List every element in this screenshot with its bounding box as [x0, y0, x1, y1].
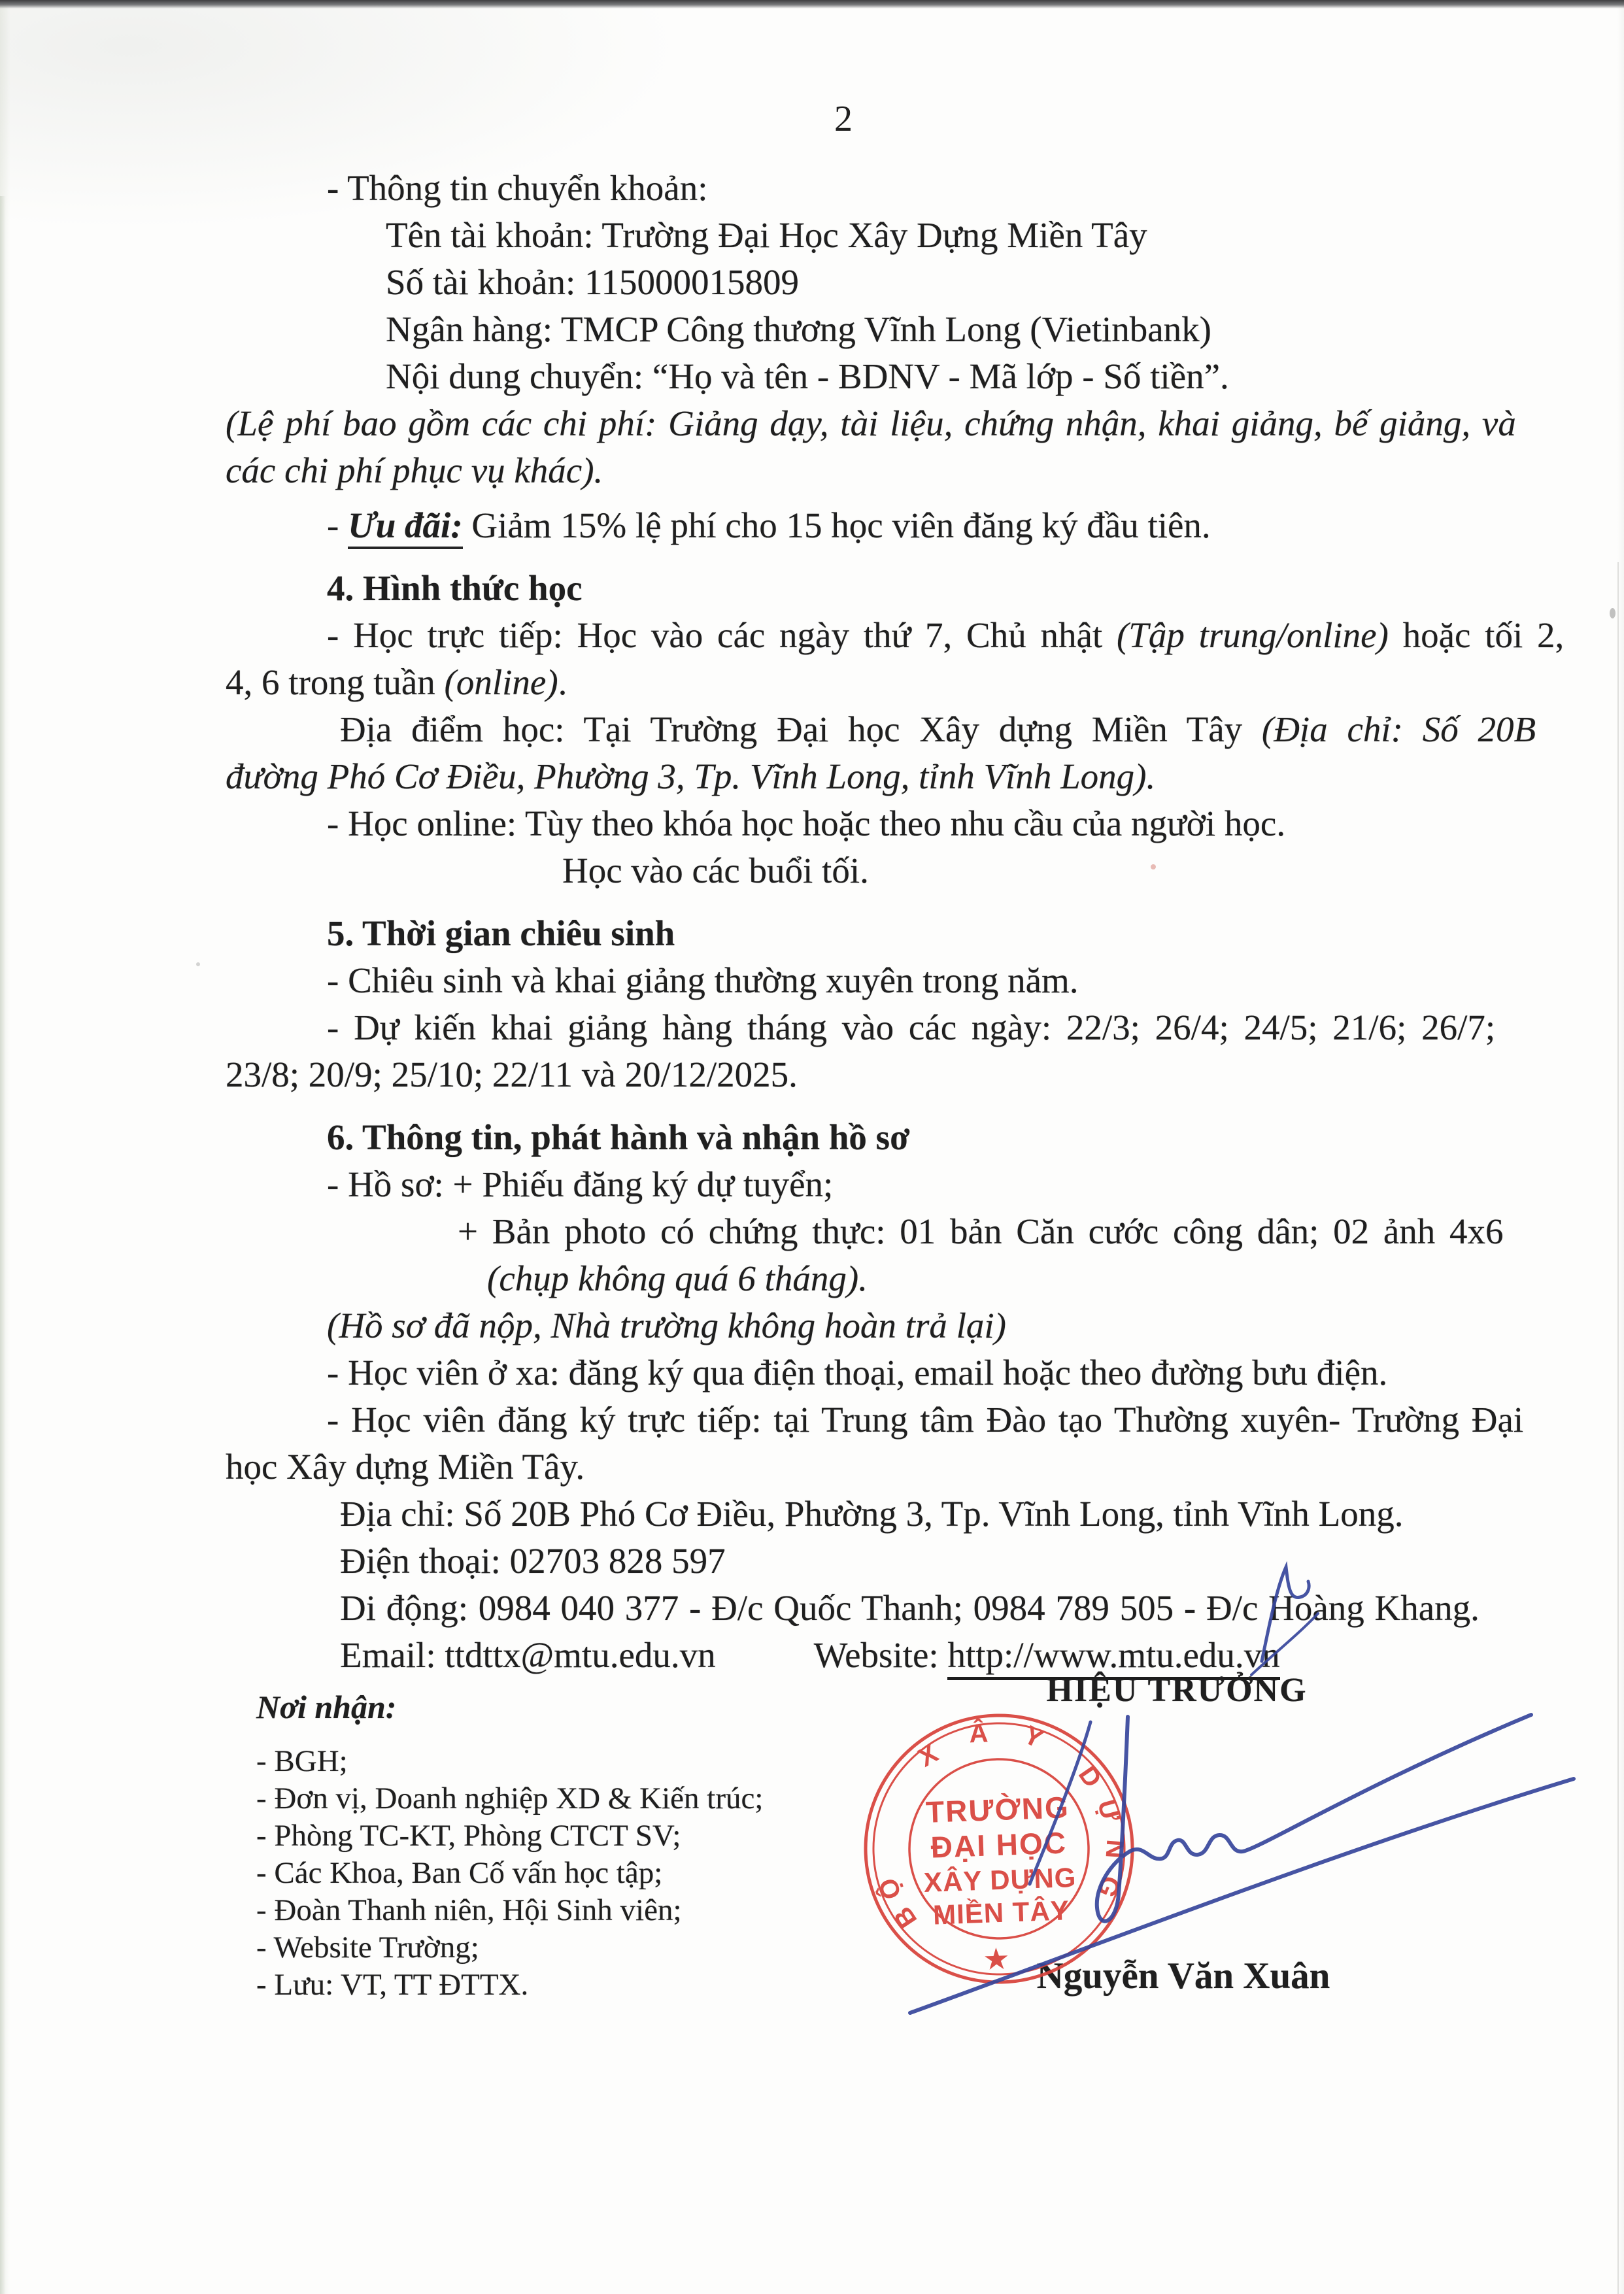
doc-line-photo-note: (chụp không quá 6 tháng).: [226, 1255, 1445, 1302]
doc-line-transfer-note: Nội dung chuyển: “Họ và tên - BDNV - Mã …: [226, 353, 1445, 400]
list-item: - Các Khoa, Ban Cố vấn học tập;: [256, 1855, 884, 1892]
doc-line-opening-dates-2: 23/8; 20/9; 25/10; 22/11 và 20/12/2025.: [226, 1051, 1445, 1098]
venue-text: Địa điểm học: Tại Trường Đại học Xây dựn…: [340, 709, 1262, 749]
list-item: - Website Trường;: [256, 1929, 884, 1966]
doc-line-in-person-2: 4, 6 trong tuần (online).: [226, 659, 1445, 706]
doc-line-online: - Học online: Tùy theo khóa học hoặc the…: [226, 800, 1445, 847]
stamp-star-icon: ★: [982, 1942, 1010, 1976]
stamp-line-4: MIỀN TÂY: [932, 1894, 1070, 1930]
venue-address-italic: (Địa chỉ: Số 20B: [1262, 709, 1536, 749]
stamp-line-3: XÂY DỰNG: [923, 1861, 1077, 1898]
university-red-stamp-icon: BỘ XÂY DỰNG TRƯỜNG ĐẠI HỌC XÂY DỰNG MIỀN…: [862, 1712, 1136, 1986]
recipients-list: - BGH; - Đơn vị, Doanh nghiệp XD & Kiến …: [256, 1743, 884, 2004]
doc-line-direct-register-1: - Học viên đăng ký trực tiếp: tại Trung …: [226, 1396, 1445, 1443]
in-person-text-2: hoặc tối 2,: [1389, 615, 1564, 655]
section-heading-6: 6. Thông tin, phát hành và nhận hồ sơ: [226, 1114, 1445, 1161]
doc-line-remote-register: - Học viên ở xa: đăng ký qua điện thoại,…: [226, 1349, 1445, 1396]
doc-line-evening: Học vào các buổi tối.: [226, 847, 1445, 894]
doc-line-phone: Điện thoại: 02703 828 597: [226, 1538, 1445, 1585]
doc-line-venue-2: đường Phó Cơ Điều, Phường 3, Tp. Vĩnh Lo…: [226, 753, 1445, 800]
stamp-line-2: ĐẠI HỌC: [930, 1825, 1068, 1864]
doc-line-opening-dates-1: - Dự kiến khai giảng hàng tháng vào các …: [226, 1004, 1445, 1051]
scanned-document-page: 2 - Thông tin chuyển khoản: Tên tài khoả…: [0, 0, 1624, 2294]
weekday-text: 4, 6 trong tuần: [226, 662, 445, 702]
list-item: - Phòng TC-KT, Phòng CTCT SV;: [256, 1817, 884, 1855]
section-heading-5: 5. Thời gian chiêu sinh: [226, 910, 1445, 957]
document-body: - Thông tin chuyển khoản: Tên tài khoản:…: [226, 165, 1445, 1679]
doc-line-enrollment: - Chiêu sinh và khai giảng thường xuyên …: [226, 957, 1445, 1004]
scan-speck: [1610, 608, 1616, 618]
scan-speck: [196, 962, 200, 966]
promotion-text: Giảm 15% lệ phí cho 15 học viên đăng ký …: [463, 505, 1211, 545]
doc-line-fee-note-2: các chi phí phục vụ khác).: [226, 447, 1445, 494]
doc-line-venue-1: Địa điểm học: Tại Trường Đại học Xây dựn…: [226, 706, 1445, 753]
list-item: - Đơn vị, Doanh nghiệp XD & Kiến trúc;: [256, 1780, 884, 1817]
in-person-text: - Học trực tiếp: Học vào các ngày thứ 7,…: [327, 615, 1117, 655]
signature-stroke: [1097, 1715, 1531, 1921]
doc-line-direct-register-2: học Xây dựng Miền Tây.: [226, 1443, 1445, 1491]
weekday-period: .: [558, 662, 567, 702]
doc-line-fee-note-1: (Lệ phí bao gồm các chi phí: Giảng dạy, …: [226, 400, 1445, 447]
email-text: Email: ttdttx@mtu.edu.vn: [340, 1635, 716, 1675]
section-heading-4: 4. Hình thức học: [226, 565, 1445, 612]
doc-line-photocopy: + Bản photo có chứng thực: 01 bản Căn cư…: [226, 1208, 1445, 1255]
scan-edge-right-artifact: [1617, 562, 1619, 2294]
doc-line-transfer-info: - Thông tin chuyển khoản:: [226, 165, 1445, 212]
doc-line-account-number: Số tài khoản: 115000015809: [226, 259, 1445, 306]
list-item: - BGH;: [256, 1743, 884, 1780]
svg-text:XÂY: XÂY: [913, 1715, 1078, 1773]
doc-line-account-name: Tên tài khoản: Trường Đại Học Xây Dựng M…: [226, 212, 1445, 259]
stamp-line-1: TRƯỜNG: [925, 1790, 1070, 1829]
doc-line-promotion: - Ưu đãi: Giảm 15% lệ phí cho 15 học viê…: [226, 502, 1445, 549]
recipients-block: Nơi nhận: - BGH; - Đơn vị, Doanh nghiệp …: [256, 1688, 884, 2004]
promotion-label: Ưu đãi:: [348, 505, 463, 549]
doc-line-in-person-1: - Học trực tiếp: Học vào các ngày thứ 7,…: [226, 612, 1445, 659]
in-person-italic: (Tập trung/online): [1117, 615, 1389, 655]
page-number: 2: [771, 98, 915, 140]
doc-line-mobile: Di động: 0984 040 377 - Đ/c Quốc Thanh; …: [226, 1585, 1445, 1632]
list-item: - Lưu: VT, TT ĐTTX.: [256, 1966, 884, 2004]
doc-line-no-return-note: (Hồ sơ đã nộp, Nhà trường không hoàn trả…: [226, 1302, 1445, 1349]
stamp-ring-text-top: XÂY: [913, 1715, 1078, 1773]
doc-line-address: Địa chỉ: Số 20B Phó Cơ Điều, Phường 3, T…: [226, 1491, 1445, 1538]
recipients-title: Nơi nhận:: [256, 1688, 884, 1726]
doc-line-dossier: - Hồ sơ: + Phiếu đăng ký dự tuyển;: [226, 1161, 1445, 1208]
signer-title: HIỆU TRƯỞNG: [948, 1671, 1406, 1710]
scan-edge-left-artifact: [0, 196, 6, 2294]
scan-edge-top-artifact: [0, 0, 1624, 8]
weekday-italic: (online): [445, 662, 558, 702]
website-label: Website:: [814, 1635, 948, 1675]
list-item: - Đoàn Thanh niên, Hội Sinh viên;: [256, 1892, 884, 1929]
promotion-dash: -: [327, 505, 348, 545]
doc-line-bank: Ngân hàng: TMCP Công thương Vĩnh Long (V…: [226, 306, 1445, 353]
